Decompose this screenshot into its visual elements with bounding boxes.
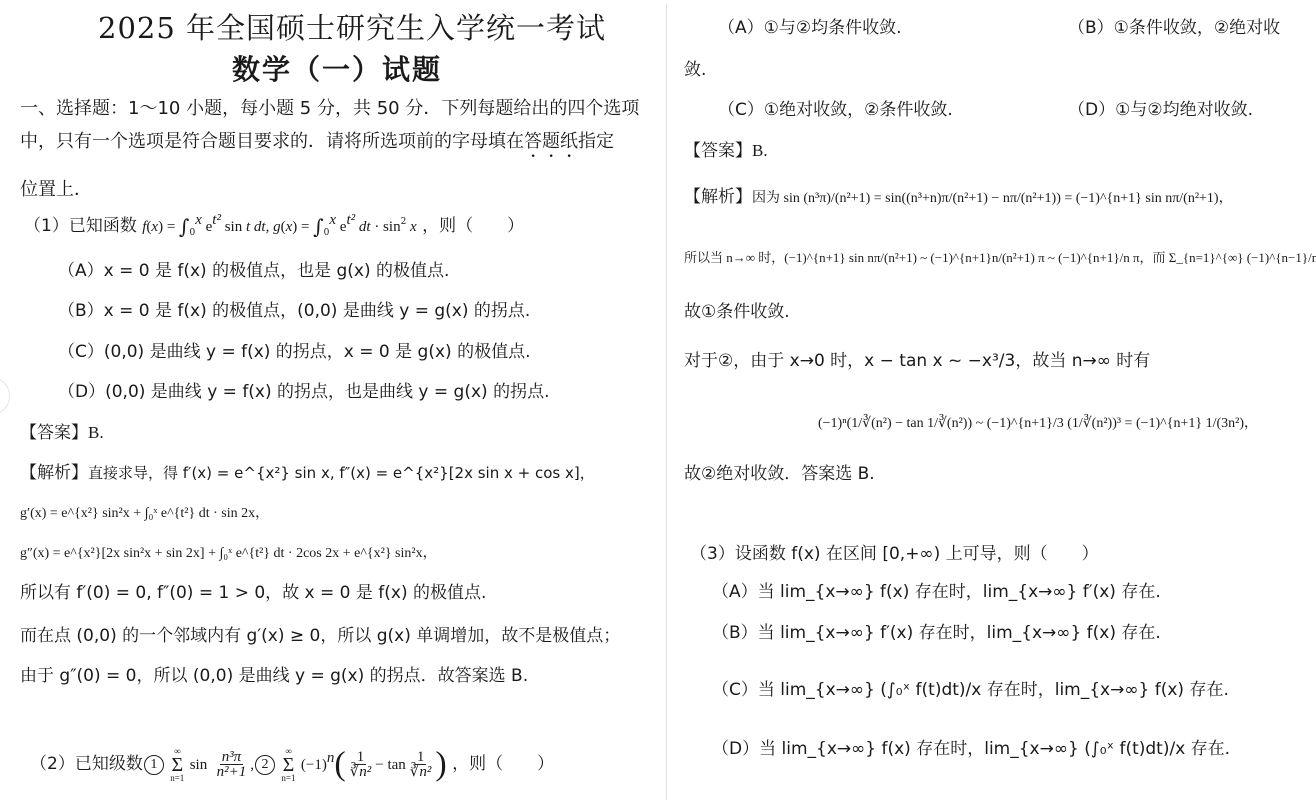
option-label: （A） — [712, 582, 758, 602]
intro-emphasis: 答题纸 — [524, 131, 578, 152]
q1-analysis-line1: 【解析】直接求导，得 f′(x) = e^{x²} sin x, f″(x) =… — [20, 461, 595, 485]
option-label: （B） — [1068, 18, 1114, 38]
q1-answer: 【答案】B. — [20, 421, 104, 445]
answer-value: B. — [752, 141, 768, 160]
q2-answer: 【答案】B. — [684, 139, 768, 163]
analysis-text: 因为 sin (n³π)/(n²+1) = sin((n³+n)π/(n²+1)… — [752, 191, 1233, 206]
option-text: (0,0) 是曲线 y = f(x) 的拐点，x = 0 是 g(x) 的极值点… — [104, 342, 531, 362]
option-label: （D） — [1068, 100, 1115, 120]
q1-option-c[interactable]: （C）(0,0) 是曲线 y = f(x) 的拐点，x = 0 是 g(x) 的… — [58, 340, 530, 364]
q2-analysis-line2: 所以当 n→∞ 时，(−1)^{n+1} sin nπ/(n²+1) ~ (−1… — [684, 246, 1316, 270]
q2-analysis-line3: 故①条件收敛. — [684, 300, 790, 324]
option-label: （B） — [712, 623, 758, 643]
q2-analysis-line6: 故②绝对收敛．答案选 B. — [684, 462, 875, 486]
q2-option-a[interactable]: （A）①与②均条件收敛. — [718, 16, 902, 40]
q1-option-a[interactable]: （A）x = 0 是 f(x) 的极值点，也是 g(x) 的极值点. — [58, 259, 449, 283]
answer-label: 【答案】 — [20, 423, 88, 443]
sum-symbol: ∞Σn=1 — [170, 747, 184, 783]
analysis-text: 直接求导，得 f′(x) = e^{x²} sin x, f″(x) = e^{… — [88, 464, 595, 482]
q3-option-b[interactable]: （B）当 lim_{x→∞} f′(x) 存在时，lim_{x→∞} f(x) … — [712, 621, 1161, 645]
analysis-label: 【解析】 — [20, 463, 88, 483]
q3-stem: （3）设函数 f(x) 在区间 [0,+∞) 上可导，则（ ） — [690, 542, 1099, 566]
q1-option-d[interactable]: （D）(0,0) 是曲线 y = f(x) 的拐点，也是曲线 y = g(x) … — [58, 380, 549, 404]
q2-label: （2）已知级数 — [30, 754, 143, 774]
circled-2: 2 — [255, 755, 275, 775]
q2-option-c[interactable]: （C）①绝对收敛，②条件收敛. — [718, 98, 953, 122]
option-text: x = 0 是 f(x) 的极值点，也是 g(x) 的极值点. — [104, 261, 450, 281]
intro-text: 中，只有一个选项是符合题目要求的．请将所选项前的字母填在 — [20, 131, 524, 152]
option-text: ①与②均绝对收敛. — [1115, 100, 1253, 120]
section-intro-line3: 位置上． — [20, 177, 92, 203]
option-text: 当 lim_{x→∞} f′(x) 存在时，lim_{x→∞} f(x) 存在. — [758, 623, 1161, 643]
option-label: （D） — [58, 382, 105, 402]
option-text: x = 0 是 f(x) 的极值点，(0,0) 是曲线 y = g(x) 的拐点… — [104, 301, 531, 321]
q1-label: （1）已知函数 — [24, 216, 137, 236]
scan-artifact — [0, 378, 10, 414]
exam-subtitle: 数学（一）试题 — [232, 52, 442, 88]
option-label: （C） — [58, 342, 104, 362]
column-divider — [666, 4, 667, 800]
q3-option-d[interactable]: （D）当 lim_{x→∞} f(x) 存在时，lim_{x→∞} (∫₀ˣ f… — [712, 737, 1230, 761]
option-label: （C） — [712, 680, 758, 700]
intro-text-tail: 指定 — [578, 131, 614, 152]
exam-page: 2025 年全国硕士研究生入学统一考试 数学（一）试题 一、选择题：1～10 小… — [0, 0, 1316, 800]
option-text: ①与②均条件收敛. — [764, 18, 902, 38]
q3-option-a[interactable]: （A）当 lim_{x→∞} f(x) 存在时，lim_{x→∞} f′(x) … — [712, 580, 1161, 604]
q2-analysis-line1: 【解析】因为 sin (n³π)/(n²+1) = sin((n³+n)π/(n… — [684, 185, 1233, 211]
option-label: （B） — [58, 301, 104, 321]
option-text: ①条件收敛，②绝对收 — [1114, 18, 1280, 38]
q2-option-b[interactable]: （B）①条件收敛，②绝对收 — [1068, 16, 1280, 40]
exam-title: 2025 年全国硕士研究生入学统一考试 — [98, 10, 606, 46]
option-text: ①绝对收敛，②条件收敛. — [764, 100, 953, 120]
option-label: （C） — [718, 100, 764, 120]
answer-label: 【答案】 — [684, 141, 752, 161]
option-text: 当 lim_{x→∞} f(x) 存在时，lim_{x→∞} f′(x) 存在. — [758, 582, 1161, 602]
q2-analysis-line4: 对于②，由于 x→0 时，x − tan x ~ −x³/3，故当 n→∞ 时有 — [684, 349, 1150, 373]
q1-analysis-line2: g′(x) = e^{x²} sin²x + ∫₀ˣ e^{t²} dt · s… — [20, 502, 269, 526]
q1-stem: （1）已知函数 f(x) = ∫0x et² sin t dt, g(x) = … — [24, 214, 524, 239]
q2-stem-tail: ，则（ ） — [452, 754, 554, 774]
option-label: （A） — [718, 18, 764, 38]
option-label: （D） — [712, 739, 759, 759]
q1-analysis-line4: 所以有 f′(0) = 0, f″(0) = 1 > 0，故 x = 0 是 f… — [20, 581, 486, 605]
circled-1: 1 — [144, 755, 164, 775]
q3-option-c[interactable]: （C）当 lim_{x→∞} (∫₀ˣ f(t)dt)/x 存在时，lim_{x… — [712, 678, 1229, 702]
q1-option-b[interactable]: （B）x = 0 是 f(x) 的极值点，(0,0) 是曲线 y = g(x) … — [58, 299, 530, 323]
q2-stem: （2）已知级数1 ∞Σn=1 sin n³πn²+1,2 ∞Σn=1 (−1)n… — [30, 746, 554, 783]
option-label: （A） — [58, 261, 104, 281]
q1-analysis-line3: g″(x) = e^{x²}[2x sin²x + sin 2x] + ∫₀ˣ … — [20, 542, 437, 566]
q2-analysis-formula: (−1)ⁿ(1/∛(n²) − tan 1/∛(n²)) ~ (−1)^{n+1… — [818, 412, 1258, 436]
analysis-label: 【解析】 — [684, 187, 752, 207]
q2-option-d[interactable]: （D）①与②均绝对收敛. — [1068, 98, 1253, 122]
section-intro-line2: 中，只有一个选项是符合题目要求的．请将所选项前的字母填在答题纸指定 — [20, 129, 614, 162]
option-text: 当 lim_{x→∞} f(x) 存在时，lim_{x→∞} (∫₀ˣ f(t)… — [759, 739, 1230, 759]
q1-analysis-line5: 而在点 (0,0) 的一个邻域内有 g′(x) ≥ 0，所以 g(x) 单调增加… — [20, 624, 620, 648]
section-intro-line1: 一、选择题：1～10 小题，每小题 5 分，共 50 分．下列每题给出的四个选项 — [20, 96, 639, 122]
q2-option-b-wrap: 敛. — [684, 58, 706, 82]
sum-symbol: ∞Σn=1 — [281, 747, 295, 783]
q1-stem-tail: ，则（ ） — [422, 216, 524, 236]
option-text: 当 lim_{x→∞} (∫₀ˣ f(t)dt)/x 存在时，lim_{x→∞}… — [758, 680, 1229, 700]
answer-value: B. — [88, 423, 104, 442]
q1-analysis-line6: 由于 g″(0) = 0，所以 (0,0) 是曲线 y = g(x) 的拐点．故… — [20, 664, 528, 688]
option-text: (0,0) 是曲线 y = f(x) 的拐点，也是曲线 y = g(x) 的拐点… — [105, 382, 549, 402]
